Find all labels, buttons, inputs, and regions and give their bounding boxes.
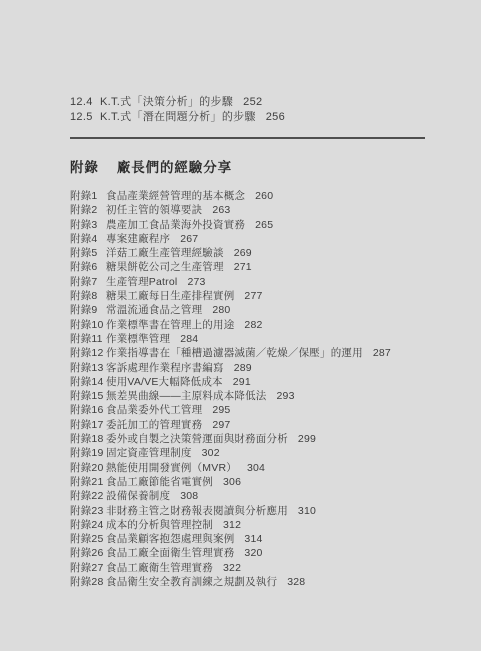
toc-entry-title: K.T.式「潛在問題分析」的步驟 — [100, 110, 256, 125]
appendix-entry: 附錄18 委外或自製之決策營運面與財務面分析 299 — [70, 432, 391, 446]
appendix-entry-page: 273 — [187, 275, 205, 289]
appendix-entry-title: 委託加工的管理實務 — [106, 418, 202, 432]
appendix-entry: 附錄25 食品業顧客抱怨處理與案例 314 — [70, 532, 391, 546]
appendix-entry-page: 314 — [244, 532, 262, 546]
toc-entry: 12.5 K.T.式「潛在問題分析」的步驟 256 — [70, 110, 285, 125]
appendix-entry: 附錄4 專案建廠程序 267 — [70, 232, 391, 246]
appendix-entry: 附錄28 食品衛生安全教育訓練之規劃及執行 328 — [70, 575, 391, 589]
toc-entry-number: 12.4 — [70, 95, 100, 110]
appendix-entry: 附錄20 熱能使用開發實例（MVR） 304 — [70, 461, 391, 475]
appendix-entry-title: 作業指導書在「種槽過濾器滅菌／乾燥／保壓」的運用 — [106, 346, 363, 360]
appendix-entry: 附錄23 非財務主管之財務報表閱讀與分析應用 310 — [70, 504, 391, 518]
appendix-entry-page: 297 — [212, 418, 230, 432]
appendix-entry-title: 作業標準書在管理上的用途 — [106, 318, 234, 332]
appendix-entry-number: 附錄10 — [70, 318, 106, 332]
toc-entry-title: K.T.式「決策分析」的步驟 — [100, 95, 233, 110]
appendix-entry-page: 265 — [255, 218, 273, 232]
appendix-entry-title: 食品衛生安全教育訓練之規劃及執行 — [106, 575, 277, 589]
appendix-entry-page: 263 — [212, 203, 230, 217]
appendix-entry-title: 專案建廠程序 — [106, 232, 170, 246]
appendix-entry-page: 295 — [212, 403, 230, 417]
appendix-entry-title: 使用VA/VE大幅降低成本 — [106, 375, 223, 389]
appendix-entry-number: 附錄14 — [70, 375, 106, 389]
appendix-entry-title: 食品工廠衛生管理實務 — [106, 561, 213, 575]
appendix-entry-number: 附錄28 — [70, 575, 106, 589]
appendix-entry-number: 附錄21 — [70, 475, 106, 489]
appendix-entry-number: 附錄8 — [70, 289, 106, 303]
appendix-entry-page: 287 — [373, 346, 391, 360]
appendix-entry: 附錄16 食品業委外代工管理 295 — [70, 403, 391, 417]
appendix-entry: 附錄8 糖果工廠每日生產排程實例 277 — [70, 289, 391, 303]
appendix-heading-label: 附錄 — [70, 156, 99, 176]
toc-entry-page: 252 — [243, 95, 262, 110]
appendix-entry-page: 299 — [298, 432, 316, 446]
appendix-entry-page: 269 — [234, 246, 252, 260]
appendix-entry-number: 附錄6 — [70, 260, 106, 274]
appendix-entry-page: 277 — [244, 289, 262, 303]
appendix-entry-number: 附錄20 — [70, 461, 106, 475]
appendix-entry-number: 附錄23 — [70, 504, 106, 518]
appendix-entry-title: 作業標準管理 — [106, 332, 170, 346]
appendix-entry-number: 附錄2 — [70, 203, 106, 217]
appendix-entry-page: 322 — [223, 561, 241, 575]
appendix-entry-number: 附錄22 — [70, 489, 106, 503]
appendix-entry-title: 委外或自製之決策營運面與財務面分析 — [106, 432, 288, 446]
appendix-entry-title: 糖果工廠每日生產排程實例 — [106, 289, 234, 303]
appendix-entry: 附錄17 委託加工的管理實務 297 — [70, 418, 391, 432]
toc-entry-number: 12.5 — [70, 110, 100, 125]
appendix-entry-title: 無差異曲線——主原料成本降低法 — [106, 389, 267, 403]
appendix-entry: 附錄12 作業指導書在「種槽過濾器滅菌／乾燥／保壓」的運用 287 — [70, 346, 391, 360]
appendix-entry-title: 生產管理Patrol — [106, 275, 177, 289]
appendix-toc-list: 附錄1 食品產業經營管理的基本概念 260 附錄2 初任主管的領導要訣 263 … — [70, 189, 391, 589]
appendix-entry-page: 280 — [212, 303, 230, 317]
appendix-entry-title: 設備保養制度 — [106, 489, 170, 503]
appendix-entry-number: 附錄16 — [70, 403, 106, 417]
appendix-entry: 附錄10 作業標準書在管理上的用途 282 — [70, 318, 391, 332]
appendix-entry: 附錄22 設備保養制度 308 — [70, 489, 391, 503]
appendix-entry-title: 客訴處理作業程序書編寫 — [106, 361, 224, 375]
appendix-entry: 附錄13 客訴處理作業程序書編寫 289 — [70, 361, 391, 375]
appendix-entry-title: 食品工廠節能省電實例 — [106, 475, 213, 489]
appendix-entry-title: 成本的分析與管理控制 — [106, 518, 213, 532]
appendix-entry-title: 糖果餅乾公司之生產管理 — [106, 260, 224, 274]
appendix-heading-title: 廠長們的經驗分享 — [117, 156, 232, 176]
appendix-entry-page: 260 — [255, 189, 273, 203]
appendix-entry-title: 固定資產管理制度 — [106, 446, 192, 460]
appendix-entry-page: 282 — [244, 318, 262, 332]
appendix-entry-page: 271 — [234, 260, 252, 274]
appendix-entry: 附錄24 成本的分析與管理控制 312 — [70, 518, 391, 532]
appendix-entry-number: 附錄19 — [70, 446, 106, 460]
appendix-entry-number: 附錄4 — [70, 232, 106, 246]
appendix-entry: 附錄19 固定資產管理制度 302 — [70, 446, 391, 460]
appendix-entry-page: 304 — [247, 461, 265, 475]
appendix-entry-number: 附錄24 — [70, 518, 106, 532]
appendix-entry-number: 附錄26 — [70, 546, 106, 560]
appendix-entry-page: 320 — [244, 546, 262, 560]
appendix-entry-title: 常溫流通食品之管理 — [106, 303, 202, 317]
book-toc-page: 12.4 K.T.式「決策分析」的步驟 252 12.5 K.T.式「潛在問題分… — [0, 0, 481, 651]
appendix-entry-title: 初任主管的領導要訣 — [106, 203, 202, 217]
appendix-entry-page: 308 — [180, 489, 198, 503]
appendix-entry-number: 附錄9 — [70, 303, 106, 317]
appendix-entry-title: 熱能使用開發實例（MVR） — [106, 461, 237, 475]
appendix-entry-page: 284 — [180, 332, 198, 346]
appendix-entry: 附錄14 使用VA/VE大幅降低成本 291 — [70, 375, 391, 389]
appendix-entry-page: 293 — [277, 389, 295, 403]
appendix-entry: 附錄6 糖果餅乾公司之生產管理 271 — [70, 260, 391, 274]
appendix-entry-number: 附錄1 — [70, 189, 106, 203]
appendix-entry-title: 食品工廠全面衛生管理實務 — [106, 546, 234, 560]
appendix-entry-page: 312 — [223, 518, 241, 532]
appendix-entry: 附錄2 初任主管的領導要訣 263 — [70, 203, 391, 217]
appendix-entry-page: 328 — [287, 575, 305, 589]
appendix-entry-number: 附錄3 — [70, 218, 106, 232]
appendix-entry-number: 附錄15 — [70, 389, 106, 403]
appendix-entry: 附錄11 作業標準管理 284 — [70, 332, 391, 346]
appendix-entry-title: 農產加工食品業海外投資實務 — [106, 218, 245, 232]
appendix-entry-page: 310 — [298, 504, 316, 518]
appendix-entry-title: 非財務主管之財務報表閱讀與分析應用 — [106, 504, 288, 518]
appendix-entry-page: 289 — [234, 361, 252, 375]
appendix-entry: 附錄5 洋菇工廠生產管理經驗談 269 — [70, 246, 391, 260]
appendix-entry-number: 附錄11 — [70, 332, 106, 346]
appendix-entry: 附錄26 食品工廠全面衛生管理實務 320 — [70, 546, 391, 560]
appendix-entry: 附錄1 食品產業經營管理的基本概念 260 — [70, 189, 391, 203]
appendix-entry-number: 附錄5 — [70, 246, 106, 260]
section-divider — [70, 137, 425, 139]
appendix-entry: 附錄21 食品工廠節能省電實例 306 — [70, 475, 391, 489]
appendix-entry-title: 食品業顧客抱怨處理與案例 — [106, 532, 234, 546]
appendix-entry-page: 291 — [233, 375, 251, 389]
appendix-entry: 附錄27 食品工廠衛生管理實務 322 — [70, 561, 391, 575]
appendix-entry-title: 食品產業經營管理的基本概念 — [106, 189, 245, 203]
appendix-entry-title: 食品業委外代工管理 — [106, 403, 202, 417]
appendix-entry-number: 附錄25 — [70, 532, 106, 546]
appendix-entry-page: 267 — [180, 232, 198, 246]
chapter-toc-list: 12.4 K.T.式「決策分析」的步驟 252 12.5 K.T.式「潛在問題分… — [70, 95, 285, 125]
appendix-entry: 附錄9 常溫流通食品之管理 280 — [70, 303, 391, 317]
appendix-entry-number: 附錄13 — [70, 361, 106, 375]
appendix-entry-number: 附錄27 — [70, 561, 106, 575]
appendix-entry-page: 302 — [202, 446, 220, 460]
appendix-entry: 附錄7 生產管理Patrol 273 — [70, 275, 391, 289]
appendix-entry-number: 附錄7 — [70, 275, 106, 289]
appendix-entry-number: 附錄17 — [70, 418, 106, 432]
appendix-heading: 附錄 廠長們的經驗分享 — [70, 156, 232, 176]
appendix-entry-number: 附錄18 — [70, 432, 106, 446]
toc-entry: 12.4 K.T.式「決策分析」的步驟 252 — [70, 95, 285, 110]
toc-entry-page: 256 — [266, 110, 285, 125]
appendix-entry-number: 附錄12 — [70, 346, 106, 360]
appendix-entry: 附錄15 無差異曲線——主原料成本降低法 293 — [70, 389, 391, 403]
appendix-entry-title: 洋菇工廠生產管理經驗談 — [106, 246, 224, 260]
appendix-entry-page: 306 — [223, 475, 241, 489]
appendix-entry: 附錄3 農產加工食品業海外投資實務 265 — [70, 218, 391, 232]
